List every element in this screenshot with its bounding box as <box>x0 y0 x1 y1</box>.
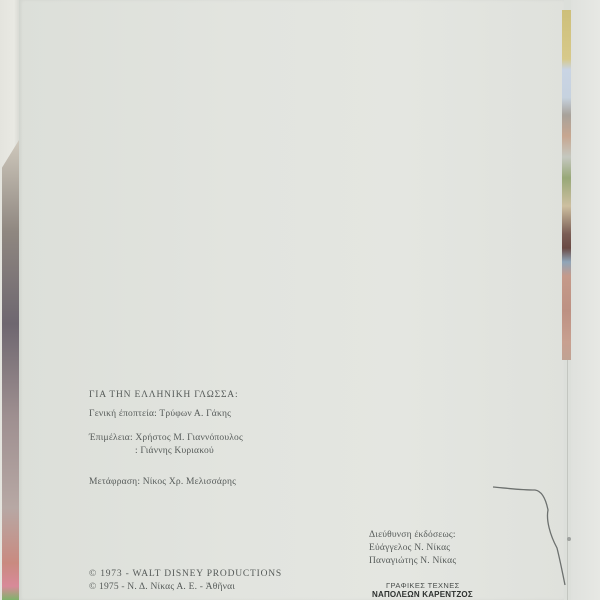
translation-credit: Μετάφραση: Νίκος Χρ. Μελισσάρης <box>89 477 236 487</box>
credits-heading: ΓΙΑ ΤΗΝ ΕΛΛΗΝΙΚΗ ΓΛΩΣΣΑ: <box>89 390 238 400</box>
publisher-name-2: Παναγιώτης Ν. Νίκας <box>369 556 456 566</box>
copyright-line-1: © 1973 - WALT DISNEY PRODUCTIONS <box>89 569 282 579</box>
editing-line-2: : Γιάννης Κυριακού <box>135 446 214 456</box>
editing-line-1: Έπιμέλεια: Χρήστος Μ. Γιαννόπουλος <box>89 433 243 443</box>
page-tear-mark <box>480 440 580 600</box>
copyright-line-2: © 1975 - Ν. Δ. Νίκας Α. Ε. - Ἀθῆναι <box>89 582 235 592</box>
publisher-name-1: Εὐάγγελος Ν. Νίκας <box>369 543 450 553</box>
printer-name: ΝΑΠΟΛΕΩΝ ΚΑΡΕΝΤΖΟΣ <box>372 590 473 599</box>
general-supervision: Γενική έποπτεία: Τρύφων Α. Γάκης <box>89 409 231 419</box>
printer-label: ΓΡΑΦΙΚΕΣ ΤΕΧΝΕΣ <box>386 581 460 590</box>
publisher-label: Διεύθυνση έκδόσεως: <box>369 530 456 540</box>
next-page-illustration-strip <box>562 10 571 360</box>
cover-illustration-left-strip <box>2 140 19 600</box>
